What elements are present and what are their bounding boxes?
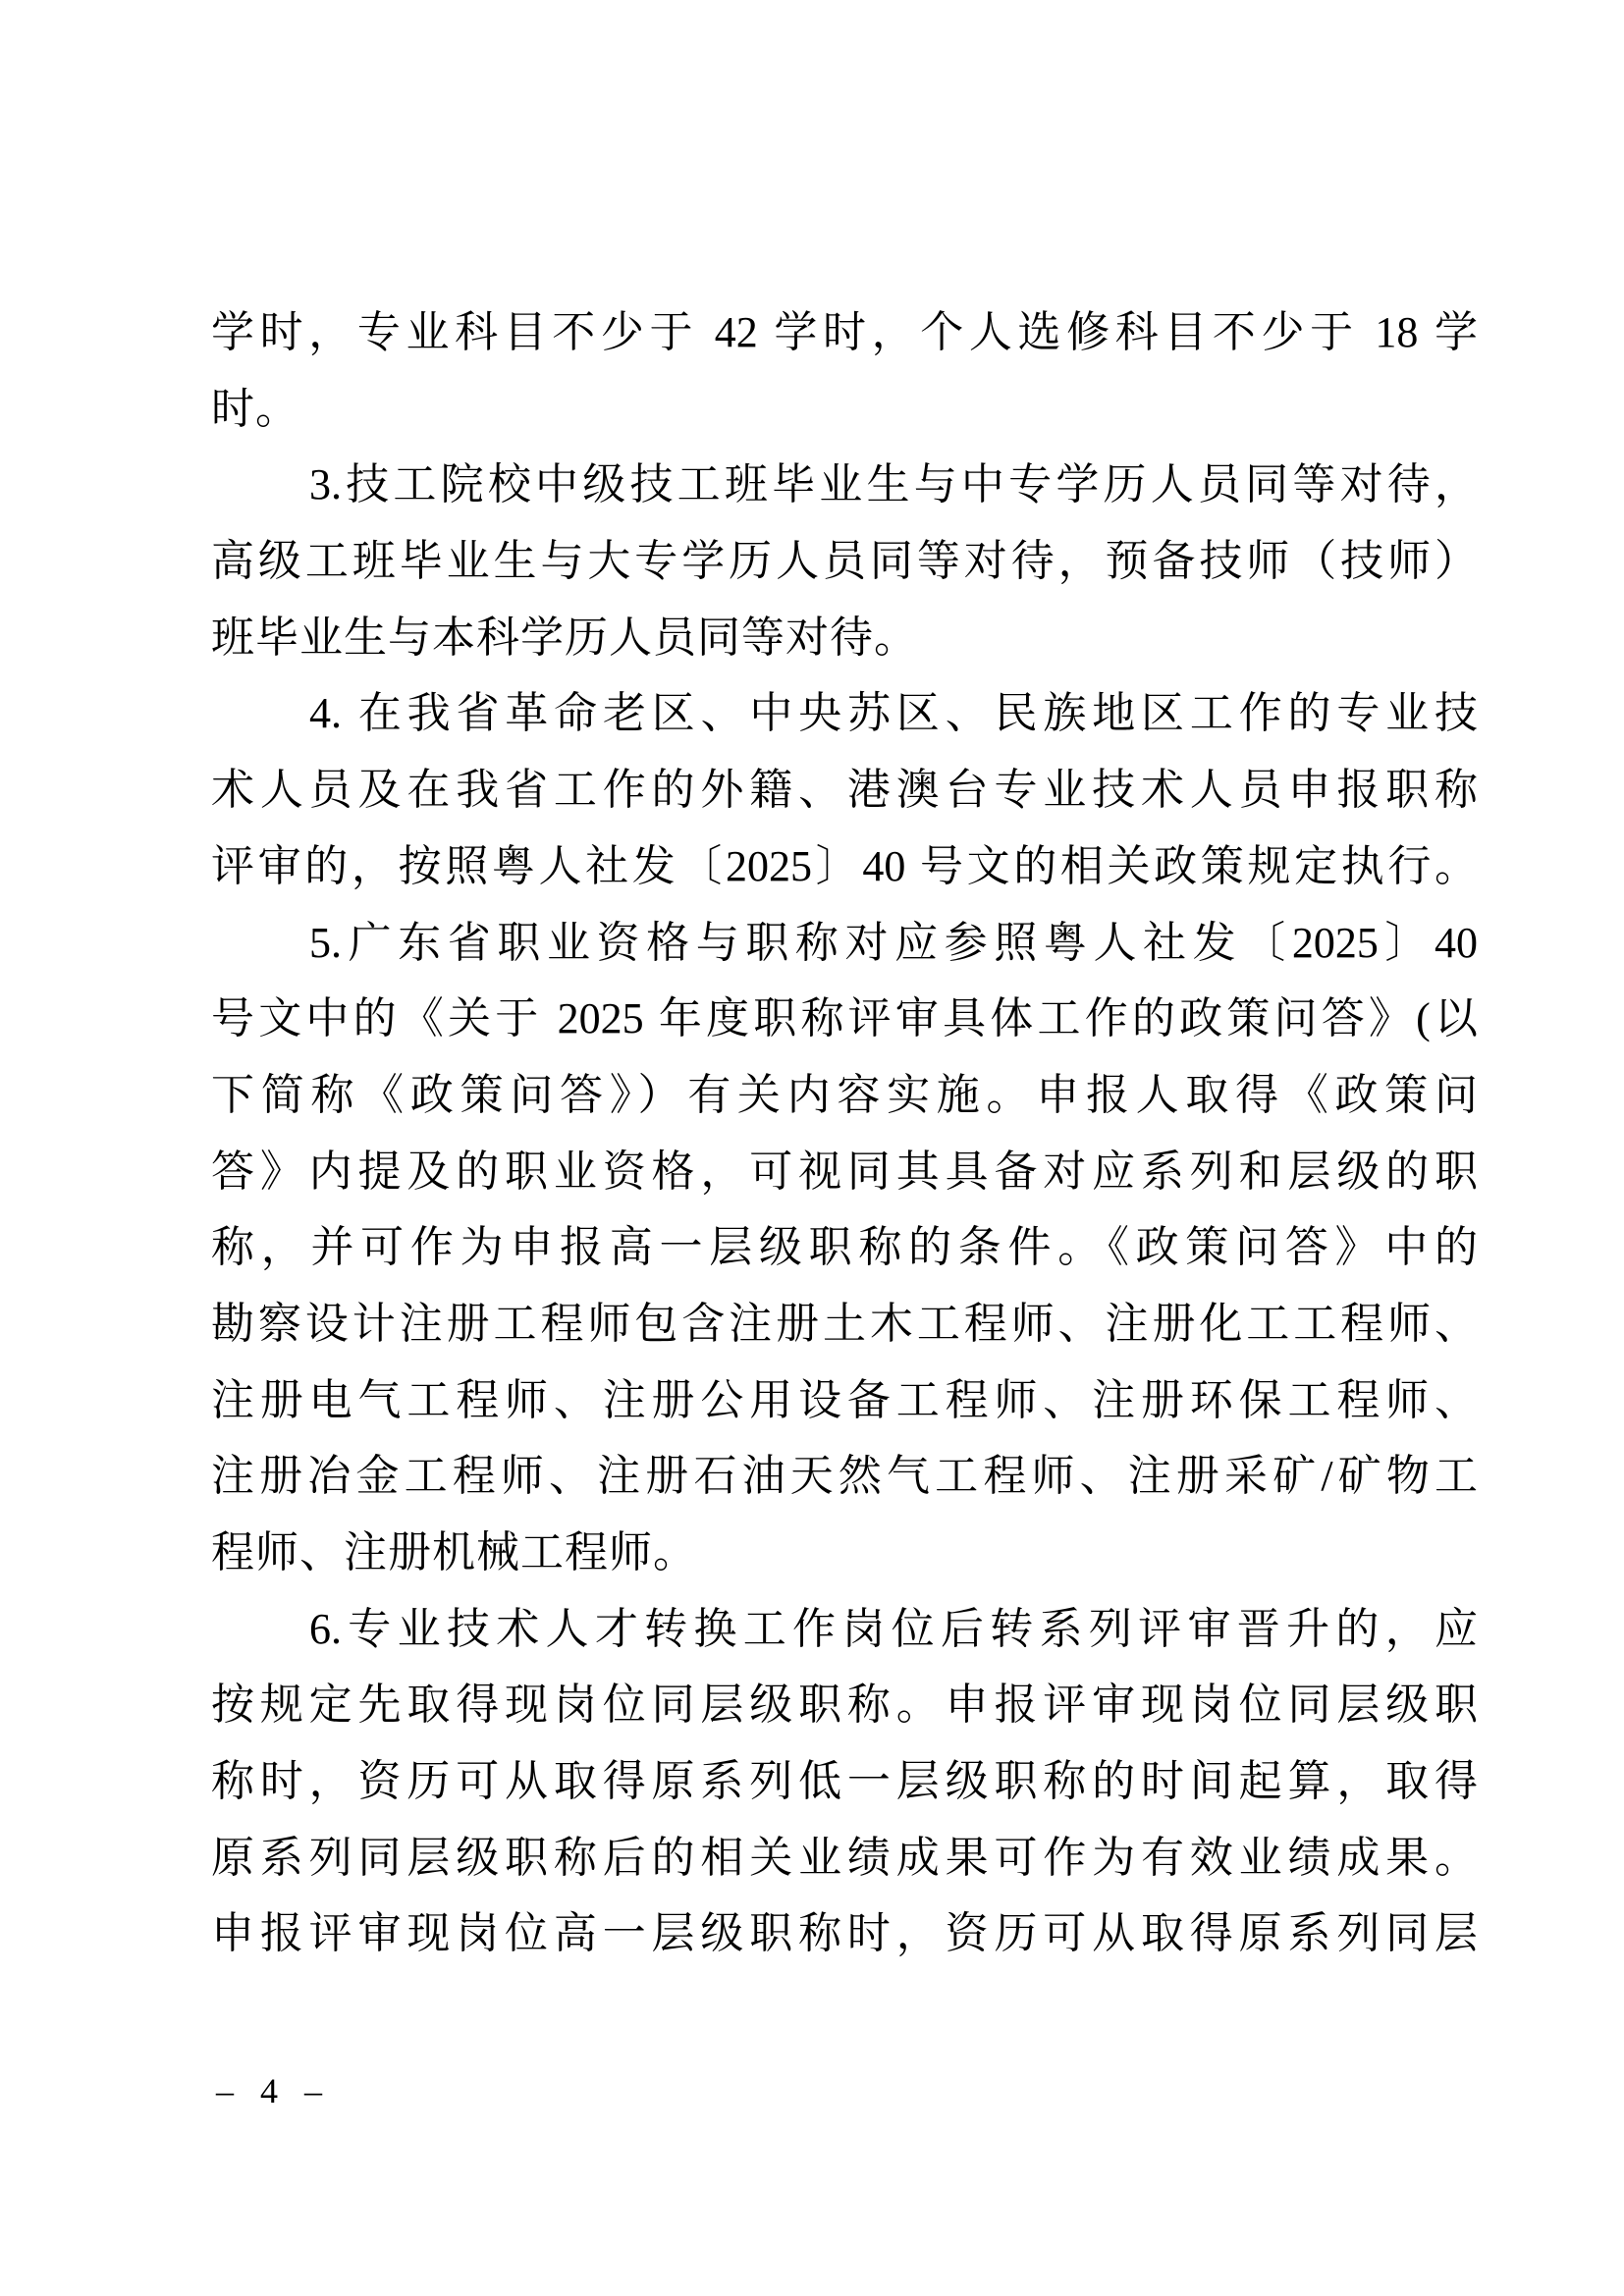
text-line: 勘察设计注册工程师包含注册土木工程师、注册化工工程师、 bbox=[211, 1286, 1478, 1362]
text-line: 按规定先取得现岗位同层级职称。申报评审现岗位同层级职 bbox=[211, 1667, 1478, 1743]
document-page: 学时，专业科目不少于 42 学时，个人选修科目不少于 18 学时。3.技工院校中… bbox=[0, 0, 1624, 2296]
text-line: 注册冶金工程师、注册石油天然气工程师、注册采矿/矿物工 bbox=[211, 1438, 1478, 1515]
text-line: 5.广东省职业资格与职称对应参照粤人社发〔2025〕40 bbox=[211, 905, 1478, 982]
text-line: 高级工班毕业生与大专学历人员同等对待，预备技师（技师） bbox=[211, 523, 1478, 600]
text-line: 时。 bbox=[211, 371, 1478, 448]
text-line: 术人员及在我省工作的外籍、港澳台专业技术人员申报职称 bbox=[211, 752, 1478, 828]
text-line: 申报评审现岗位高一层级职称时，资历可从取得原系列同层 bbox=[211, 1896, 1478, 1972]
page-number: – 4 – bbox=[216, 2069, 331, 2112]
text-line: 称，并可作为申报高一层级职称的条件。《政策问答》中的 bbox=[211, 1209, 1478, 1286]
text-line: 称时，资历可从取得原系列低一层级职称的时间起算，取得 bbox=[211, 1743, 1478, 1820]
text-line: 班毕业生与本科学历人员同等对待。 bbox=[211, 600, 1478, 676]
text-line: 评审的，按照粤人社发〔2025〕40 号文的相关政策规定执行。 bbox=[211, 828, 1478, 905]
text-line: 答》内提及的职业资格，可视同其具备对应系列和层级的职 bbox=[211, 1134, 1478, 1210]
text-line: 3.技工院校中级技工班毕业生与中专学历人员同等对待， bbox=[211, 447, 1478, 523]
text-line: 号文中的《关于 2025 年度职称评审具体工作的政策问答》(以 bbox=[211, 981, 1478, 1057]
text-line: 6.专业技术人才转换工作岗位后转系列评审晋升的，应 bbox=[211, 1591, 1478, 1668]
text-line: 下简称《政策问答》）有关内容实施。申报人取得《政策问 bbox=[211, 1057, 1478, 1134]
text-line: 原系列同层级职称后的相关业绩成果可作为有效业绩成果。 bbox=[211, 1820, 1478, 1896]
document-text-block: 学时，专业科目不少于 42 学时，个人选修科目不少于 18 学时。3.技工院校中… bbox=[211, 294, 1478, 1972]
text-line: 学时，专业科目不少于 42 学时，个人选修科目不少于 18 学 bbox=[211, 294, 1478, 371]
text-line: 程师、注册机械工程师。 bbox=[211, 1515, 1478, 1591]
text-line: 注册电气工程师、注册公用设备工程师、注册环保工程师、 bbox=[211, 1362, 1478, 1439]
text-line: 4. 在我省革命老区、中央苏区、民族地区工作的专业技 bbox=[211, 675, 1478, 752]
